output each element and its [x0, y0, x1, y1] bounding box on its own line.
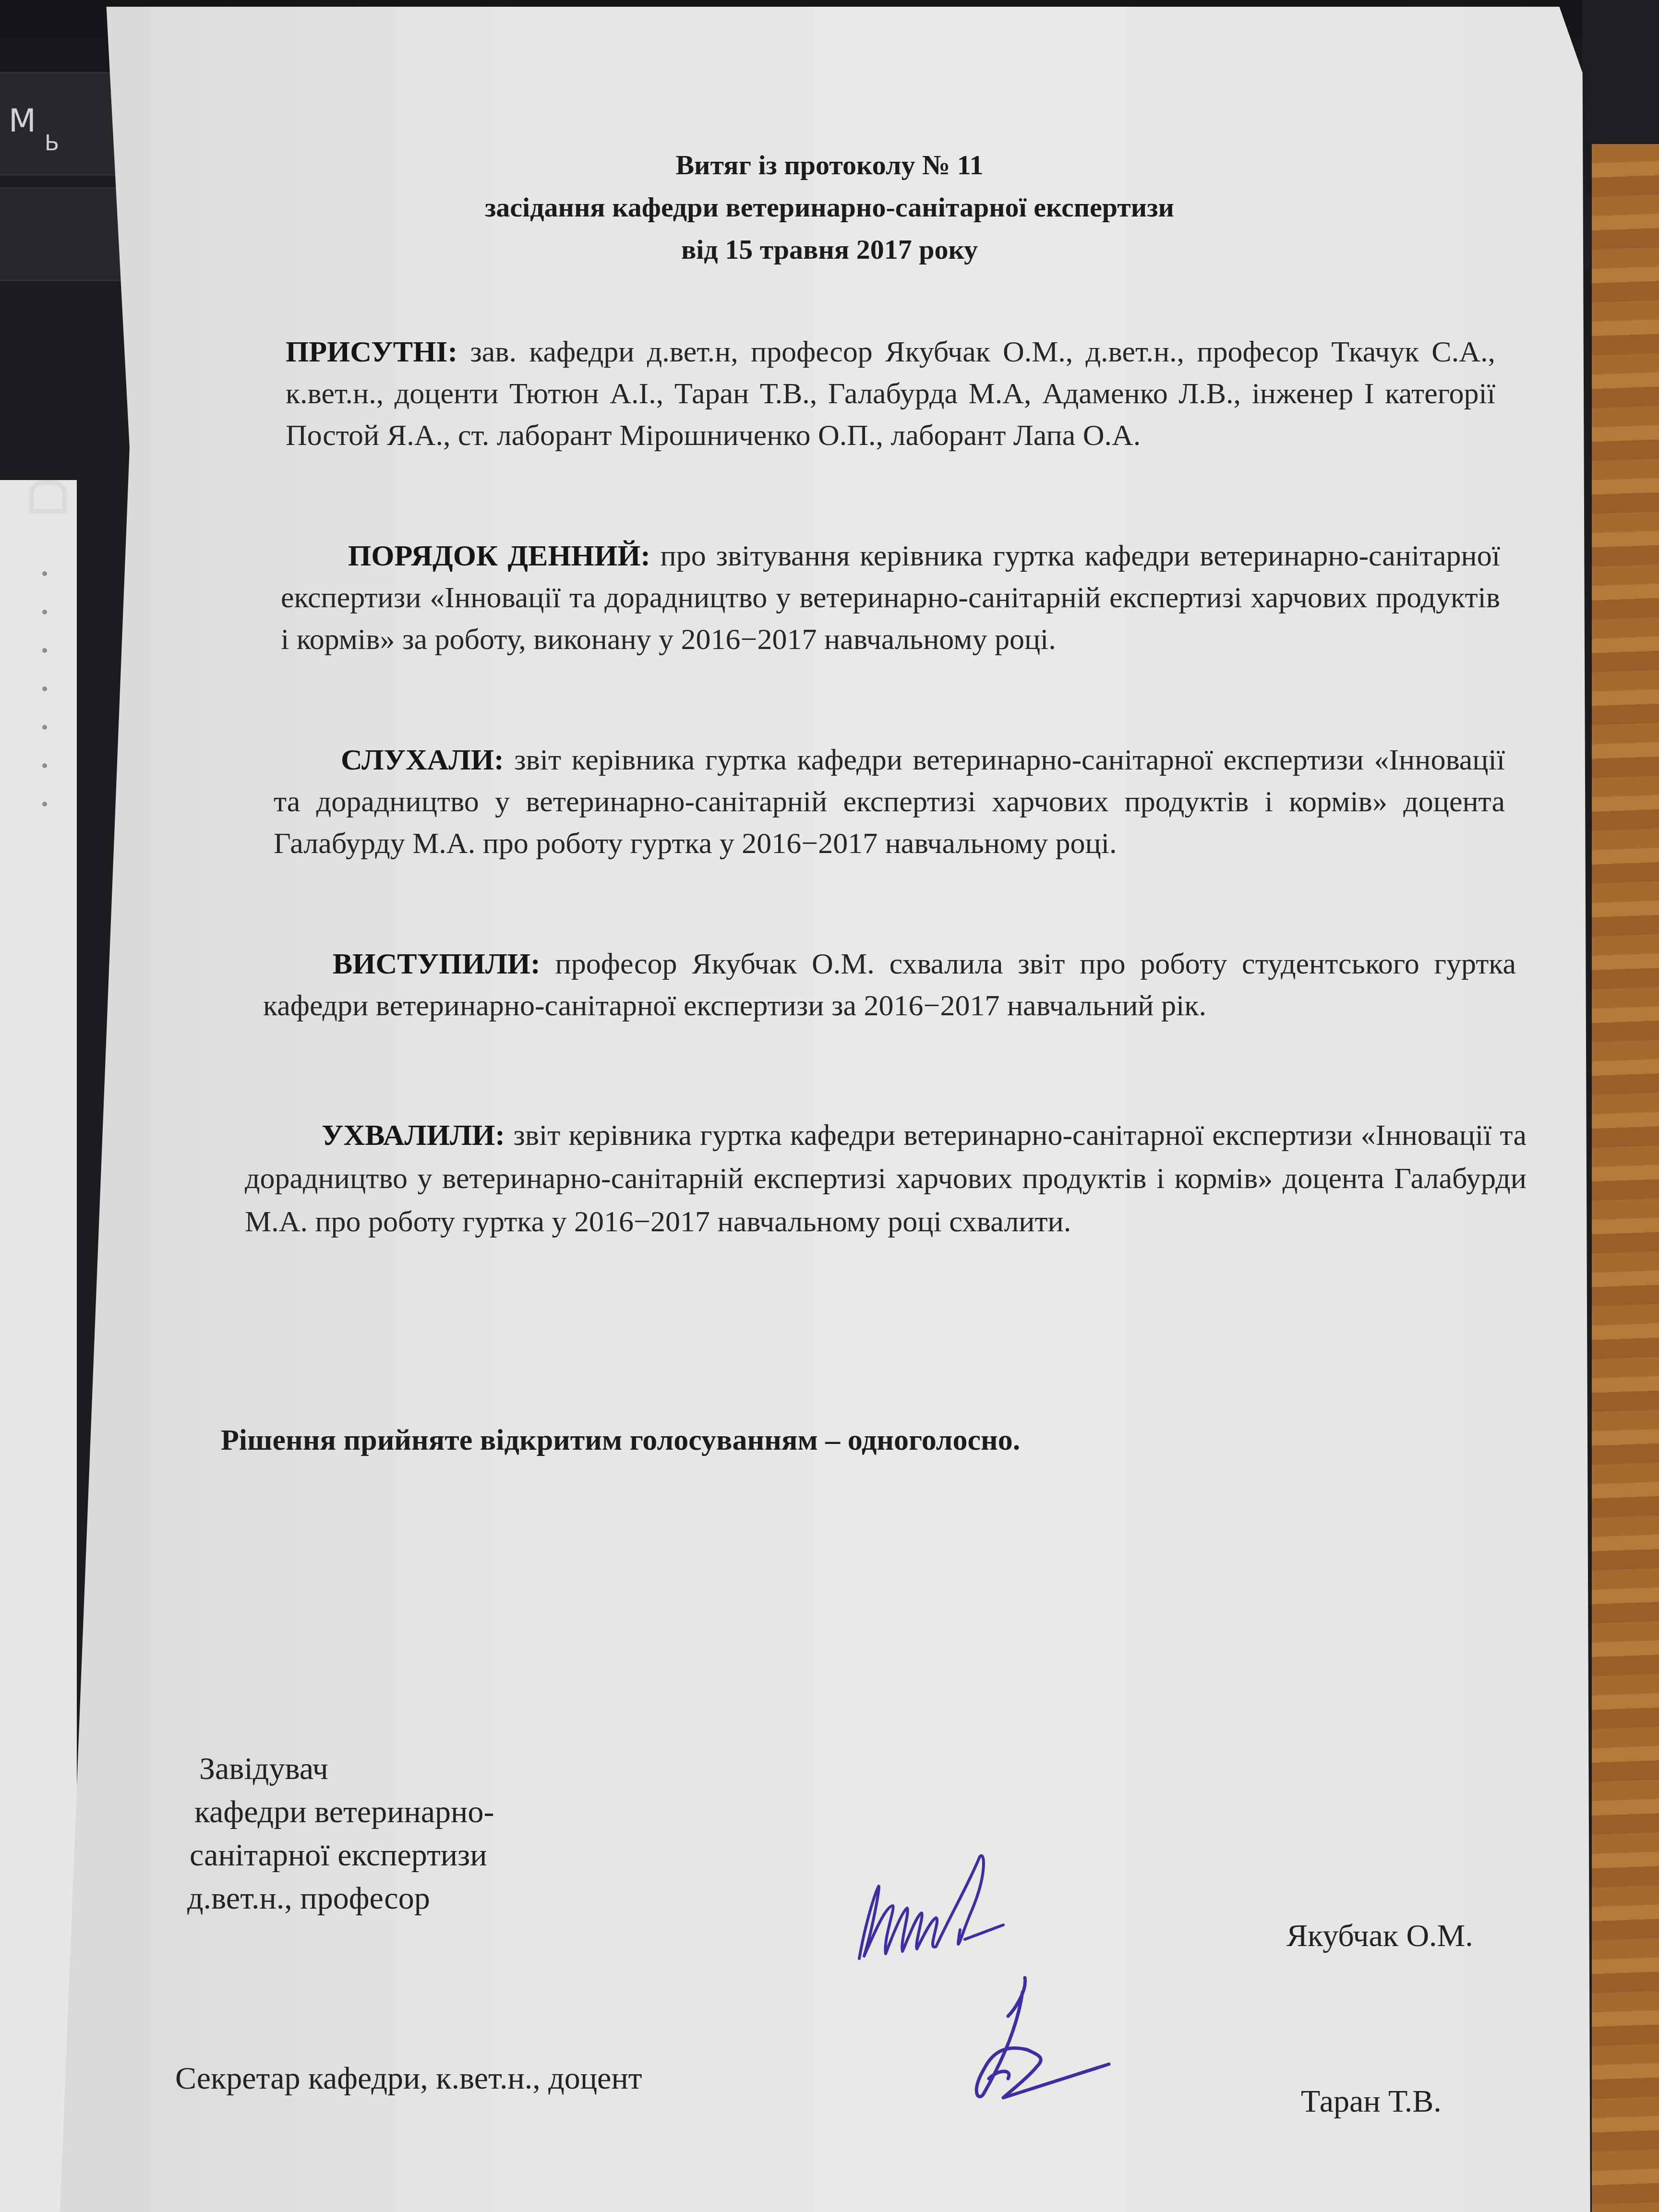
- signatory-name: Таран Т.В.: [1301, 2083, 1442, 2120]
- grid-dot: [42, 802, 47, 806]
- monitor-corner: [1582, 0, 1659, 144]
- grid-dot: [42, 610, 47, 614]
- section-label: ПОРЯДОК ДЕННИЙ:: [348, 540, 661, 572]
- section-label: ВИСТУПИЛИ:: [333, 948, 555, 980]
- handwritten-signature-icon: [950, 1973, 1152, 2107]
- title-line: засідання кафедри ветеринарно-санітарної…: [0, 186, 1659, 228]
- key-label-primary: М: [9, 102, 36, 139]
- section-label: СЛУХАЛИ:: [341, 744, 514, 776]
- signatory-head-position: Завідувач кафедри ветеринарно- санітарно…: [187, 1747, 494, 1920]
- section-resolved: УХВАЛИЛИ: звіт керівника гуртка кафедри …: [245, 1114, 1527, 1243]
- grid-dot: [42, 571, 47, 576]
- grid-dot: [42, 725, 47, 730]
- wooden-desk: [1592, 144, 1659, 2212]
- handwritten-signature-icon: [845, 1843, 1094, 1968]
- document-title: Витяг із протоколу № 11 засідання кафедр…: [0, 144, 1659, 271]
- section-label: ПРИСУТНІ:: [286, 336, 470, 368]
- position-line: д.вет.н., професор: [187, 1877, 494, 1920]
- signatory-secretary-position: Секретар кафедри, к.вет.н., доцент: [175, 2057, 642, 2100]
- title-line: від 15 травня 2017 року: [0, 228, 1659, 271]
- title-line: Витяг із протоколу № 11: [0, 144, 1659, 186]
- grid-dot: [42, 648, 47, 653]
- position-line: Секретар кафедри, к.вет.н., доцент: [175, 2057, 642, 2100]
- position-line: санітарної експертизи: [187, 1834, 494, 1877]
- spiral-ring: [29, 480, 67, 514]
- signatory-name: Якубчак О.М.: [1286, 1918, 1473, 1954]
- decision-statement: Рішення прийняте відкритим голосуванням …: [221, 1423, 1020, 1457]
- section-label: УХВАЛИЛИ:: [322, 1119, 513, 1152]
- section-spoke: ВИСТУПИЛИ: професор Якубчак О.М. схвалил…: [263, 943, 1516, 1027]
- section-heard: СЛУХАЛИ: звіт керівника гуртка кафедри в…: [274, 739, 1505, 865]
- grid-dot: [42, 686, 47, 691]
- section-agenda: ПОРЯДОК ДЕННИЙ: про звітування керівника…: [281, 535, 1500, 661]
- section-present: ПРИСУТНІ: зав. кафедри д.вет.н, професор…: [286, 331, 1495, 457]
- grid-dot: [42, 763, 47, 768]
- position-line: кафедри ветеринарно-: [187, 1791, 494, 1834]
- spiral-notebook: [0, 480, 77, 2212]
- position-line: Завідувач: [187, 1747, 494, 1791]
